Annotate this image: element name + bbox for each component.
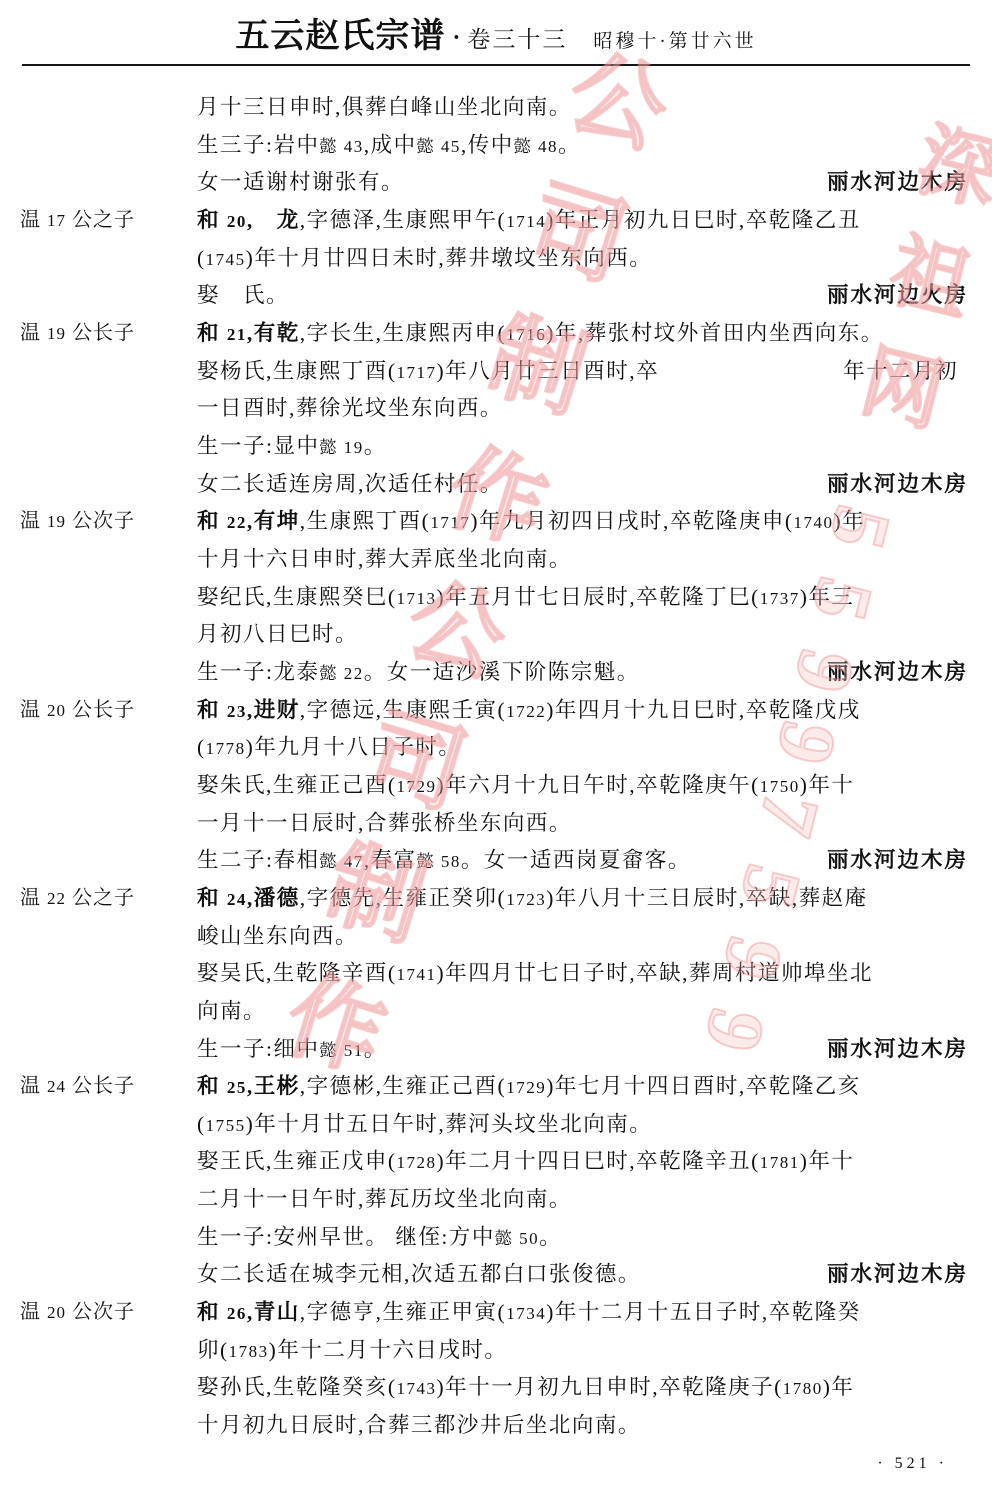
reference-number: 懿 47 (319, 852, 363, 871)
lineage-row: 女一适谢村谢张有。丽水河边木房 (0, 163, 992, 201)
entry-text: 娶朱氏,生雍正己酉(1729)年六月十九日午时,卒乾隆庚午(1750)年十 (197, 766, 854, 806)
reference-number: 1717 (397, 363, 437, 382)
entry-text: 和 23,进财,字德远,生康熙壬寅(1722)年四月十九日巳时,卒乾隆戊戌 (197, 691, 861, 731)
entry-text: 和 20, 龙,字德泽,生康熙甲午(1714)年正月初九日巳时,卒乾隆乙丑 (197, 201, 861, 241)
entry-text: 生一子:细中懿 51。 (197, 1030, 387, 1070)
lineage-row: 十月初九日辰时,合葬三都沙井后坐北向南。 (0, 1406, 992, 1444)
volume-label: 卷三十三 (467, 27, 567, 52)
lineage-row: 温 20 公次子和 26,青山,字德亨,生雍正甲寅(1734)年十二月十五日子时… (0, 1293, 992, 1331)
lineage-row: 温 24 公长子和 25,王彬,字德彬,生雍正己酉(1729)年七月十四日酉时,… (0, 1067, 992, 1105)
entry-text: (1755)年十月廿五日午时,葬河头坟坐北向南。 (197, 1105, 652, 1145)
reference-number: 1717 (430, 513, 470, 532)
entry-text: 月初八日巳时。 (197, 615, 358, 653)
lineage-row: 生一子:显中懿 19。 (0, 427, 992, 465)
reference-number: 22 (47, 889, 66, 908)
entry-text: 生一子:龙泰懿 22。女一适沙溪下阶陈宗魁。 (197, 653, 640, 693)
hall-label: 丽水河边木房 (827, 841, 968, 879)
reference-number: 懿 43 (319, 137, 363, 156)
entry-text: 女二长适在城李元相,次适五都白口张俊德。 (197, 1255, 641, 1293)
entry-text: 娶杨氏,生康熙丁酉(1717)年八月廿三日酉时,卒 年十二月初 (197, 352, 958, 392)
entry-name-bold: 和 23,进财 (197, 698, 300, 722)
entry-text: (1745)年十月廿四日未时,葬井墩坟坐东向西。 (197, 239, 652, 279)
reference-number: 1716 (506, 325, 546, 344)
reference-number: 懿 58 (417, 852, 461, 871)
entry-text: 卯(1783)年十二月十六日戌时。 (197, 1331, 507, 1371)
lineage-row: 向南。 (0, 992, 992, 1030)
entry-text: 生三子:岩中懿 43,成中懿 45,传中懿 48。 (197, 126, 581, 166)
entry-text: 十月初九日辰时,合葬三都沙井后坐北向南。 (197, 1406, 641, 1444)
reference-number: 1723 (506, 890, 546, 909)
entry-text: 二月十一日午时,葬瓦历坟坐北向南。 (197, 1180, 572, 1218)
entry-name-bold: 和 20, 龙 (197, 208, 300, 232)
lineage-row: 娶孙氏,生乾隆癸亥(1743)年十一月初九日申时,卒乾隆庚子(1780)年 (0, 1368, 992, 1406)
reference-number: 1743 (397, 1379, 437, 1398)
entry-text: 峻山坐东向西。 (197, 917, 358, 955)
lineage-row: 温 22 公之子和 24,潘德,字德先,生雍正癸卯(1723)年八月十三日辰时,… (0, 879, 992, 917)
hall-label: 丽水河边木房 (827, 465, 968, 503)
reference-number: 24 (227, 890, 247, 909)
lineage-row: 女二长适在城李元相,次适五都白口张俊德。丽水河边木房 (0, 1255, 992, 1293)
reference-number: 1729 (397, 777, 437, 796)
entry-text: 一月十一日辰时,合葬张桥坐东向西。 (197, 804, 572, 842)
generation-label: 温 17 公之子 (20, 201, 135, 240)
lineage-row: 娶纪氏,生康熙癸巳(1713)年五月廿七日辰时,卒乾隆丁巳(1737)年三 (0, 578, 992, 616)
reference-number: 1734 (506, 1304, 546, 1323)
reference-number: 23 (227, 702, 247, 721)
hall-label: 丽水河边木房 (827, 1255, 968, 1293)
entry-text: 一日酉时,葬徐光坟坐东向西。 (197, 389, 503, 427)
lineage-row: 女二长适连房周,次适任村任。丽水河边木房 (0, 465, 992, 503)
genealogy-page: 五云赵氏宗谱·卷三十三昭穆十·第廿六世 公司制作公司制作 深祖网 5599759… (0, 0, 992, 1512)
reference-number: 1778 (206, 739, 246, 758)
lineage-row: 生一子:龙泰懿 22。女一适沙溪下阶陈宗魁。丽水河边木房 (0, 653, 992, 691)
reference-number: 1745 (206, 250, 246, 269)
reference-number: 25 (227, 1078, 247, 1097)
lineage-row: (1745)年十月廿四日未时,葬井墩坟坐东向西。 (0, 239, 992, 277)
reference-number: 20 (47, 701, 66, 720)
lineage-row: 温 20 公长子和 23,进财,字德远,生康熙壬寅(1722)年四月十九日巳时,… (0, 691, 992, 729)
hall-label: 丽水河边火房 (827, 276, 968, 314)
reference-number: 1714 (506, 212, 546, 231)
generation-label: 温 24 公长子 (20, 1067, 135, 1106)
lineage-row: 生二子:春相懿 47,春富懿 58。女一适西岗夏畲客。丽水河边木房 (0, 841, 992, 879)
lineage-row: 一月十一日辰时,合葬张桥坐东向西。 (0, 804, 992, 842)
entry-text: 十月十六日申时,葬大弄底坐北向南。 (197, 540, 572, 578)
lineage-row: 生一子:细中懿 51。丽水河边木房 (0, 1030, 992, 1068)
lineage-row: 娶杨氏,生康熙丁酉(1717)年八月廿三日酉时,卒 年十二月初 (0, 352, 992, 390)
hall-label: 丽水河边木房 (827, 653, 968, 691)
entry-text: 女二长适连房周,次适任村任。 (197, 465, 503, 503)
reference-number: 1741 (397, 965, 437, 984)
generation-label: 温 22 公之子 (20, 879, 135, 918)
entry-text: 娶吴氏,生乾隆辛酉(1741)年四月廿七日子时,卒缺,葬周村道帅埠坐北 (197, 954, 873, 994)
reference-number: 1755 (206, 1116, 246, 1135)
lineage-row: 娶朱氏,生雍正己酉(1729)年六月十九日午时,卒乾隆庚午(1750)年十 (0, 766, 992, 804)
lineage-row: 生一子:安州早世。 继侄:方中懿 50。 (0, 1218, 992, 1256)
lineage-row: (1755)年十月廿五日午时,葬河头坟坐北向南。 (0, 1105, 992, 1143)
generation-label: 温 20 公长子 (20, 691, 135, 730)
generation-label: 温 19 公长子 (20, 314, 135, 353)
entry-text: 生一子:安州早世。 继侄:方中懿 50。 (197, 1218, 562, 1258)
entry-text: (1778)年九月十八日子时。 (197, 728, 461, 768)
reference-number: 1750 (760, 777, 800, 796)
header-rule (22, 64, 970, 66)
entry-text: 娶 氏。 (197, 276, 289, 314)
entry-text: 娶王氏,生雍正戊申(1728)年二月十四日巳时,卒乾隆辛丑(1781)年十 (197, 1142, 854, 1182)
lineage-row: 温 19 公长子和 21,有乾,字长生,生康熙丙申(1716)年,葬张村坟外首田… (0, 314, 992, 352)
entry-text: 月十三日申时,俱葬白峰山坐北向南。 (197, 88, 572, 126)
lineage-row: 生三子:岩中懿 43,成中懿 45,传中懿 48。 (0, 126, 992, 164)
lineage-row: 温 19 公次子和 22,有坤,生康熙丁酉(1717)年九月初四日戌时,卒乾隆庚… (0, 502, 992, 540)
generation-label: 温 19 公次子 (20, 502, 135, 541)
lineage-row: 娶 氏。丽水河边火房 (0, 276, 992, 314)
entry-name-bold: 和 21,有乾 (197, 321, 300, 345)
reference-number: 1780 (783, 1379, 823, 1398)
reference-number: 懿 51 (319, 1041, 363, 1060)
entry-text: 娶纪氏,生康熙癸巳(1713)年五月廿七日辰时,卒乾隆丁巳(1737)年三 (197, 578, 854, 618)
page-header: 五云赵氏宗谱·卷三十三昭穆十·第廿六世 (0, 8, 992, 57)
hall-label: 丽水河边木房 (827, 163, 968, 201)
section-label: 昭穆十·第廿六世 (593, 31, 756, 52)
reference-number: 22 (227, 513, 247, 532)
reference-number: 1740 (794, 513, 834, 532)
entry-text: 娶孙氏,生乾隆癸亥(1743)年十一月初九日申时,卒乾隆庚子(1780)年 (197, 1368, 854, 1408)
lineage-row: 峻山坐东向西。 (0, 917, 992, 955)
reference-number: 26 (227, 1304, 247, 1323)
reference-number: 20 (227, 212, 247, 231)
entry-text: 和 22,有坤,生康熙丁酉(1717)年九月初四日戌时,卒乾隆庚申(1740)年 (197, 502, 865, 542)
lineage-row: 温 17 公之子和 20, 龙,字德泽,生康熙甲午(1714)年正月初九日巳时,… (0, 201, 992, 239)
lineage-row: 娶王氏,生雍正戊申(1728)年二月十四日巳时,卒乾隆辛丑(1781)年十 (0, 1142, 992, 1180)
entry-text: 女一适谢村谢张有。 (197, 163, 404, 201)
title-separator-dot: · (452, 25, 460, 51)
reference-number: 1713 (397, 589, 437, 608)
reference-number: 懿 22 (319, 664, 363, 683)
lineage-row: 二月十一日午时,葬瓦历坟坐北向南。 (0, 1180, 992, 1218)
reference-number: 懿 19 (319, 438, 363, 457)
entry-text: 和 24,潘德,字德先,生雍正癸卯(1723)年八月十三日辰时,卒缺,葬赵庵 (197, 879, 868, 919)
reference-number: 1728 (397, 1153, 437, 1172)
lineage-row: 一日酉时,葬徐光坟坐东向西。 (0, 389, 992, 427)
reference-number: 1729 (506, 1078, 546, 1097)
reference-number: 19 (47, 324, 66, 343)
reference-number: 1783 (229, 1342, 269, 1361)
reference-number: 懿 50 (495, 1229, 539, 1248)
entry-text: 和 21,有乾,字长生,生康熙丙申(1716)年,葬张村坟外首田内坐西向东。 (197, 314, 884, 354)
entry-text: 和 25,王彬,字德彬,生雍正己酉(1729)年七月十四日酉时,卒乾隆乙亥 (197, 1067, 861, 1107)
reference-number: 1737 (760, 589, 800, 608)
page-number: · 521 · (877, 1455, 948, 1473)
reference-number: 1722 (506, 702, 546, 721)
hall-label: 丽水河边木房 (827, 1030, 968, 1068)
lineage-row: (1778)年九月十八日子时。 (0, 728, 992, 766)
reference-number: 24 (47, 1077, 66, 1096)
entry-text: 和 26,青山,字德亨,生雍正甲寅(1734)年十二月十五日子时,卒乾隆癸 (197, 1293, 861, 1333)
lineage-row: 十月十六日申时,葬大弄底坐北向南。 (0, 540, 992, 578)
lineage-row: 月十三日申时,俱葬白峰山坐北向南。 (0, 88, 992, 126)
entry-name-bold: 和 25,王彬 (197, 1074, 300, 1098)
reference-number: 17 (47, 211, 66, 230)
reference-number: 懿 48 (514, 137, 558, 156)
book-title: 五云赵氏宗谱 (235, 18, 445, 55)
entry-text: 向南。 (197, 992, 266, 1030)
entry-name-bold: 和 24,潘德 (197, 886, 300, 910)
entry-name-bold: 和 26,青山 (197, 1300, 300, 1324)
reference-number: 1781 (760, 1153, 800, 1172)
reference-number: 懿 45 (417, 137, 461, 156)
reference-number: 21 (227, 325, 247, 344)
generation-label: 温 20 公次子 (20, 1293, 135, 1332)
entry-text: 生二子:春相懿 47,春富懿 58。女一适西岗夏畲客。 (197, 841, 691, 881)
entry-name-bold: 和 22,有坤 (197, 509, 300, 533)
reference-number: 20 (47, 1303, 66, 1322)
genealogy-body: 月十三日申时,俱葬白峰山坐北向南。生三子:岩中懿 43,成中懿 45,传中懿 4… (0, 88, 992, 1458)
reference-number: 19 (47, 512, 66, 531)
lineage-row: 娶吴氏,生乾隆辛酉(1741)年四月廿七日子时,卒缺,葬周村道帅埠坐北 (0, 954, 992, 992)
entry-text: 生一子:显中懿 19。 (197, 427, 387, 467)
lineage-row: 月初八日巳时。 (0, 615, 992, 653)
lineage-row: 卯(1783)年十二月十六日戌时。 (0, 1331, 992, 1369)
